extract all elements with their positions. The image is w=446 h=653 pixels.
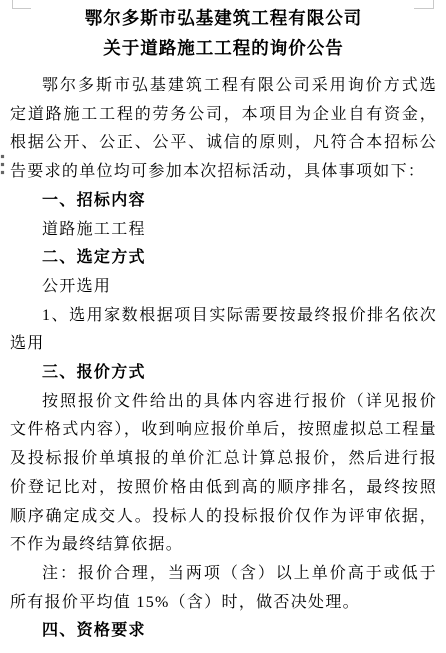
page-edge-dots xyxy=(1,155,4,174)
paragraph: 公开选用 xyxy=(10,273,437,302)
document-title-block: 鄂尔多斯市弘基建筑工程有限公司 关于道路施工工程的询价公告 xyxy=(10,4,437,63)
paragraph: 注：报价合理，当两项（含）以上单价高于或低于所有报价平均值 15%（含）时，做否… xyxy=(10,560,437,617)
document-page: 鄂尔多斯市弘基建筑工程有限公司 关于道路施工工程的询价公告 鄂尔多斯市弘基建筑工… xyxy=(0,0,446,653)
paragraph: 道路施工工程 xyxy=(10,216,437,245)
page-edge-dot xyxy=(1,155,4,158)
document-title-line2: 关于道路施工工程的询价公告 xyxy=(10,34,437,64)
paragraph: 鄂尔多斯市弘基建筑工程有限公司采用询价方式选定道路施工工程的劳务公司，本项目为企… xyxy=(10,72,437,187)
paragraph: 按照报价文件给出的具体内容进行报价（详见报价文件格式内容），收到响应报价单后，按… xyxy=(10,388,437,560)
page-edge-dot xyxy=(1,171,4,174)
document-body: 鄂尔多斯市弘基建筑工程有限公司采用询价方式选定道路施工工程的劳务公司，本项目为企… xyxy=(10,72,437,646)
paragraph: 1、选用家数根据项目实际需要按最终报价排名依次选用 xyxy=(10,302,437,359)
page-edge-dot xyxy=(1,163,4,166)
section-heading: 一、招标内容 xyxy=(10,187,437,216)
section-heading: 三、报价方式 xyxy=(10,359,437,388)
section-heading: 四、资格要求 xyxy=(10,617,437,646)
document-content: 鄂尔多斯市弘基建筑工程有限公司 关于道路施工工程的询价公告 鄂尔多斯市弘基建筑工… xyxy=(10,4,437,646)
document-title-line1: 鄂尔多斯市弘基建筑工程有限公司 xyxy=(10,4,437,34)
section-heading: 二、选定方式 xyxy=(10,244,437,273)
